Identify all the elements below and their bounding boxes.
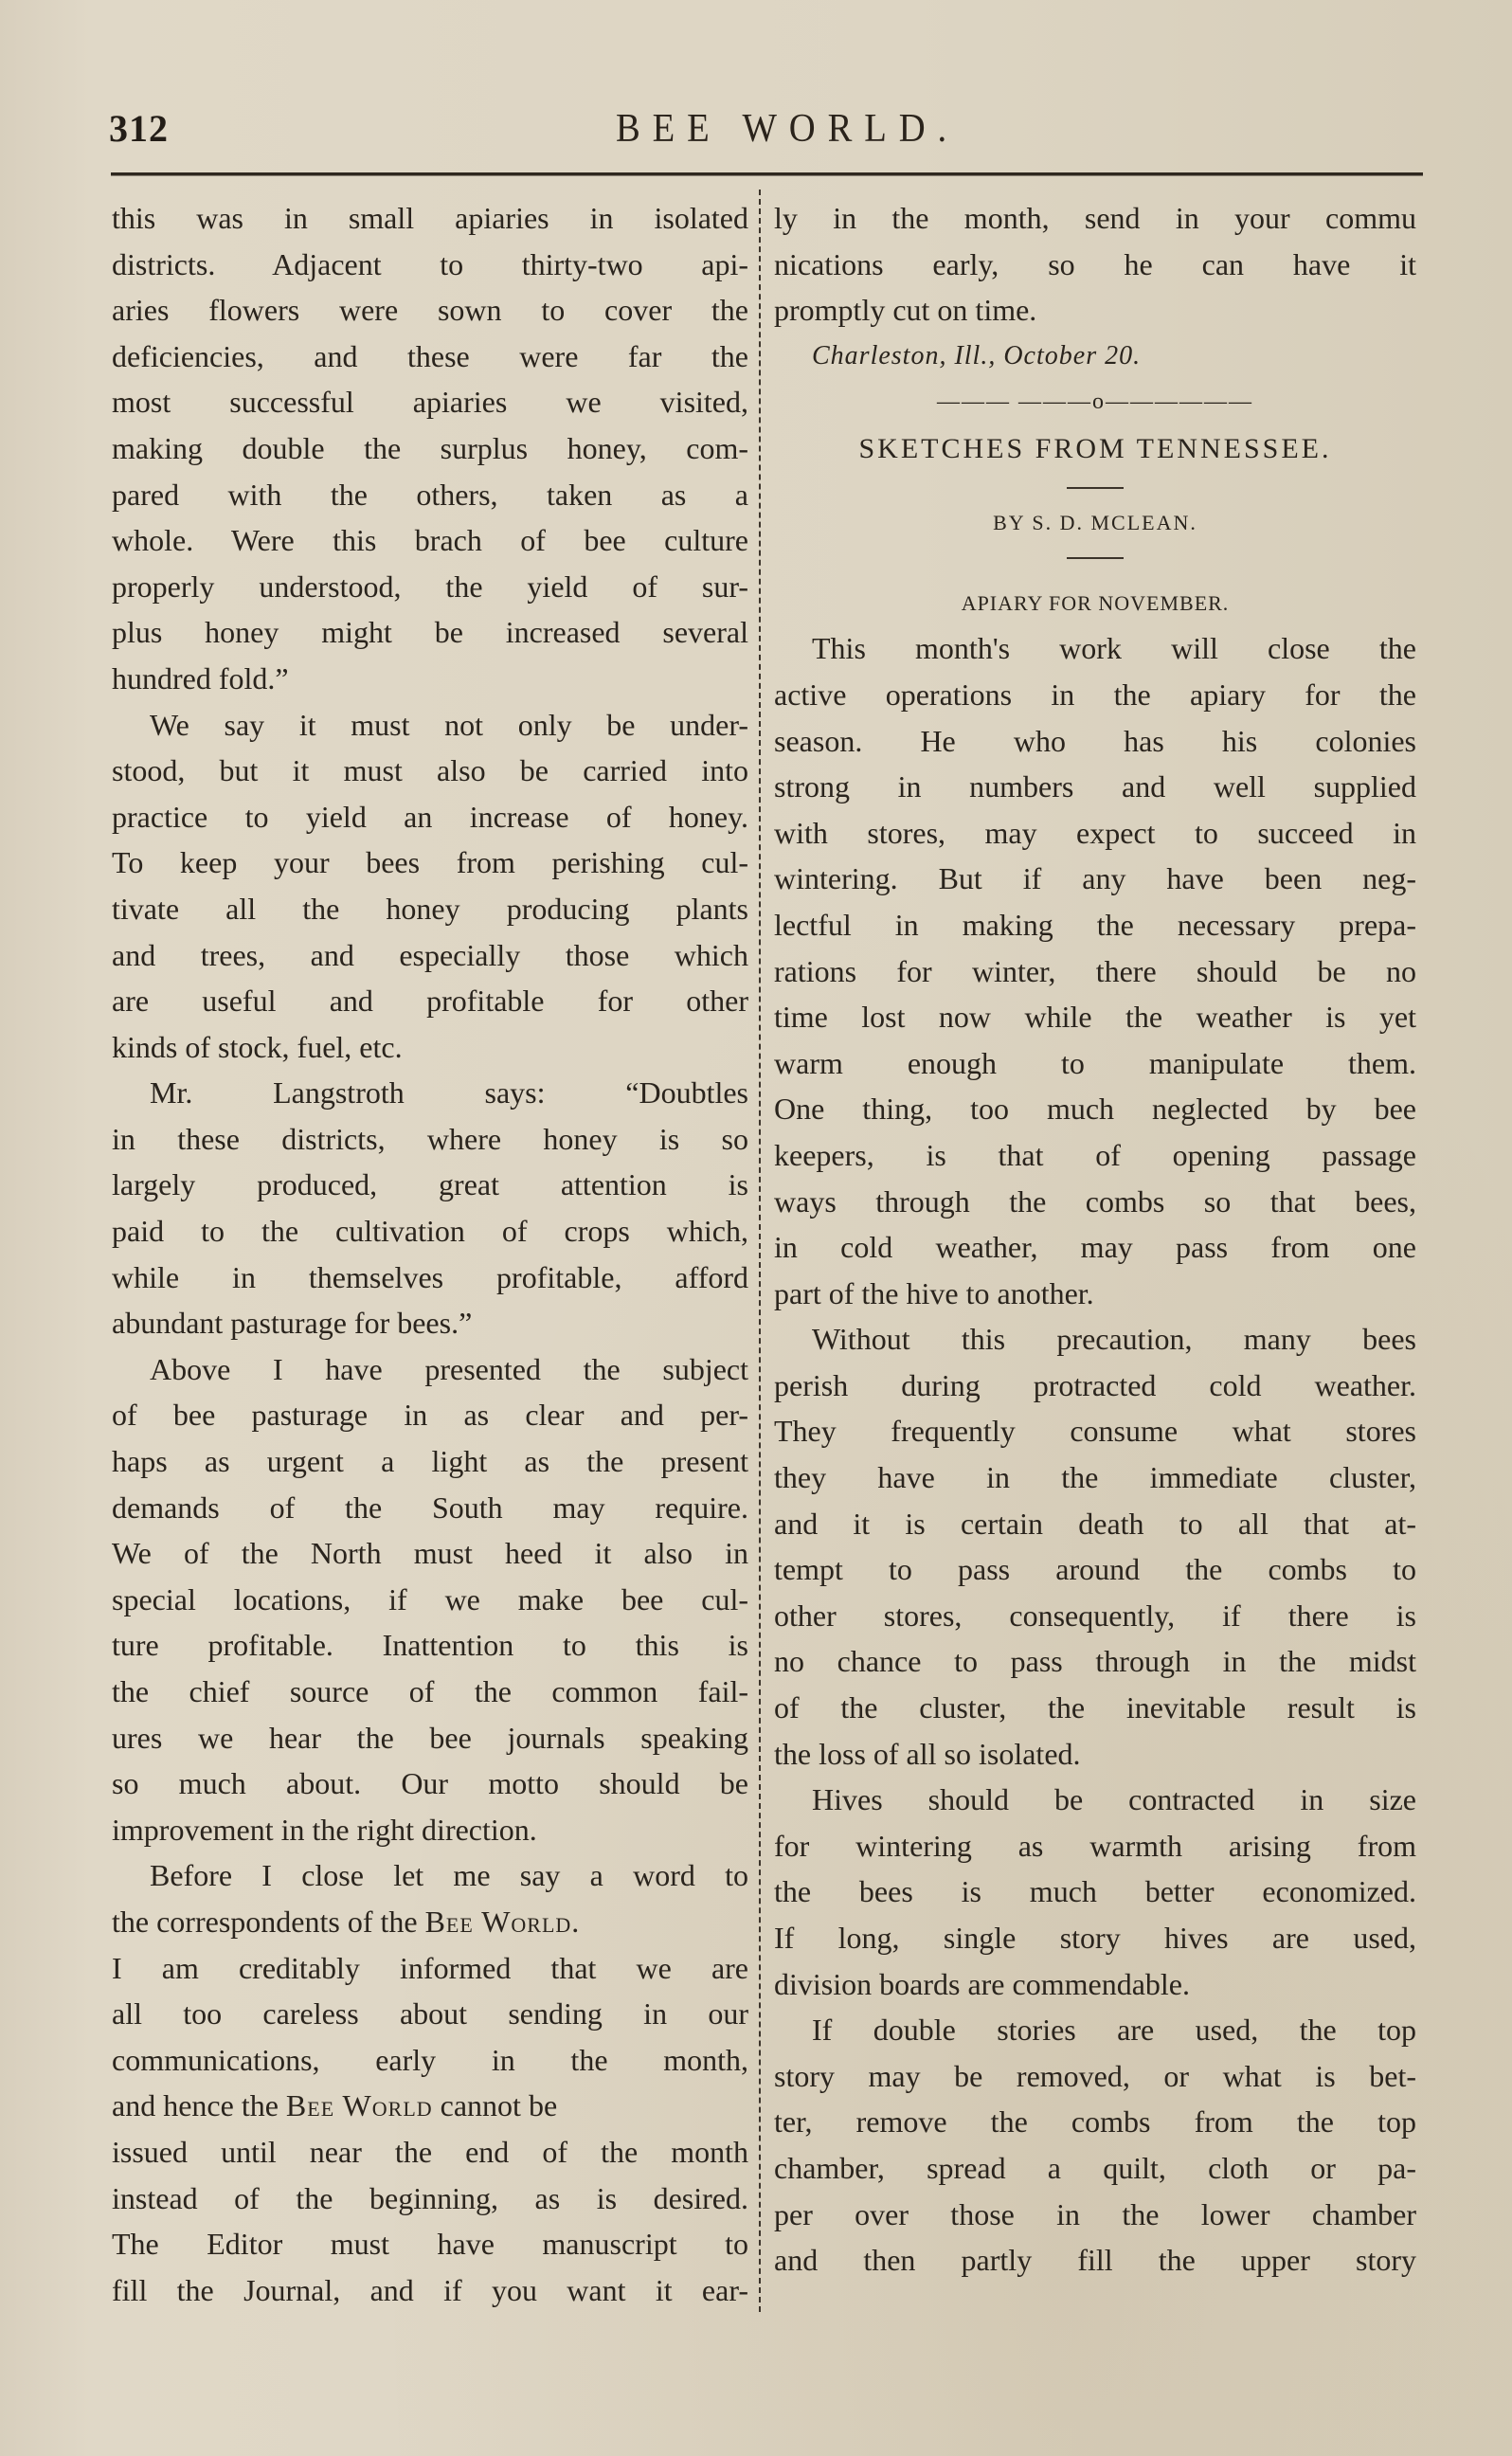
text-line: part of the hive to another. [774,1271,1416,1317]
text-line: pared with the others, taken as a [112,472,748,518]
text-line: plus honey might be increased several [112,609,748,656]
text-line: active operations in the apiary for the [774,672,1416,718]
left-column: this was in small apiaries in isolated d… [112,195,748,2313]
paragraph-start-line: Hives should be contracted in size [774,1777,1416,1823]
text-line: with stores, may expect to succeed in [774,810,1416,857]
text-line: whole. Were this brach of bee culture [112,517,748,564]
paragraph-start-line: Before I close let me say a word to [112,1852,748,1899]
title-rule [1067,487,1124,489]
text-line: To keep your bees from perishing cul- [112,840,748,886]
text-line: districts. Adjacent to thirty-two api- [112,242,748,288]
text-line: making double the surplus honey, com- [112,425,748,472]
text-line: tivate all the honey producing plants [112,886,748,932]
text-line: time lost now while the weather is yet [774,994,1416,1040]
text-line: I am creditably informed that we are [112,1945,748,1992]
text-line: wintering. But if any have been neg- [774,856,1416,902]
text-line: story may be removed, or what is bet- [774,2053,1416,2100]
text-line: fill the Journal, and if you want it ear… [112,2267,748,2314]
text-line: and hence the Bee World cannot be [112,2083,748,2129]
paragraph-start-line: If double stories are used, the top [774,2007,1416,2053]
text-line: no chance to pass through in the midst [774,1638,1416,1685]
text-line: per over those in the lower chamber [774,2192,1416,2238]
text-line: of the cluster, the inevitable result is [774,1685,1416,1731]
journal-name: Bee World [286,2088,433,2122]
paragraph-start-line: Without this precaution, many bees [774,1316,1416,1363]
text-line: in cold weather, may pass from one [774,1224,1416,1271]
dateline: Charleston, Ill., October 20. [774,334,1416,380]
text-line: lectful in making the necessary prepa- [774,902,1416,948]
text-line: are useful and profitable for other [112,978,748,1024]
text-line: abundant pasturage for bees.” [112,1300,748,1346]
text-line: rations for winter, there should be no [774,948,1416,995]
article-title: SKETCHES FROM TENNESSEE. [774,424,1416,474]
text-line: promptly cut on time. [774,287,1416,334]
text-line: of bee pasturage in as clear and per- [112,1392,748,1438]
text-line: improvement in the right direction. [112,1807,748,1853]
text-line: nications early, so he can have it [774,242,1416,288]
text-line: ways through the combs so that bees, [774,1179,1416,1225]
text-line: stood, but it must also be carried into [112,748,748,794]
text-line: ures we hear the bee journals speaking [112,1715,748,1761]
text-line: tempt to pass around the combs to [774,1546,1416,1593]
scanned-page: 312 BEE WORLD. this was in small apiarie… [0,0,1512,2456]
text-line: instead of the beginning, as is desired. [112,2176,748,2222]
header-rule [111,172,1423,176]
text-fragment: the correspondents of the [112,1905,425,1939]
text-line: for wintering as warmth arising from [774,1823,1416,1869]
text-line: all too careless about sending in our [112,1991,748,2037]
text-line: communications, early in the month, [112,2037,748,2084]
text-line: kinds of stock, fuel, etc. [112,1024,748,1071]
text-line: perish during protracted cold weather. [774,1363,1416,1409]
text-line: haps as urgent a light as the present [112,1438,748,1485]
text-line: so much about. Our motto should be [112,1761,748,1807]
text-line: ly in the month, send in your commu [774,195,1416,242]
right-column: ly in the month, send in your commu nica… [774,195,1416,2284]
text-line: and then partly fill the upper story [774,2237,1416,2284]
paragraph-start-line: We say it must not only be under- [112,702,748,749]
text-line: They frequently consume what stores [774,1408,1416,1454]
byline-rule [1067,557,1124,559]
author-byline: BY S. D. MCLEAN. [774,502,1416,544]
text-line: most successful apiaries we visited, [112,379,748,425]
text-fragment: cannot be [433,2088,558,2122]
text-line: One thing, too much neglected by bee [774,1086,1416,1132]
text-line: the correspondents of the Bee World. [112,1899,748,1945]
text-line: the loss of all so isolated. [774,1731,1416,1778]
text-line: paid to the cultivation of crops which, [112,1208,748,1255]
text-line: strong in numbers and well supplied [774,764,1416,810]
text-line: hundred fold.” [112,656,748,702]
text-line: while in themselves profitable, afford [112,1255,748,1301]
text-line: largely produced, great attention is [112,1162,748,1208]
page-number: 312 [109,106,169,151]
text-line: The Editor must have manuscript to [112,2221,748,2267]
text-line: demands of the South may require. [112,1485,748,1531]
text-line: and trees, and especially those which [112,932,748,979]
text-line: aries flowers were sown to cover the [112,287,748,334]
column-divider [759,190,761,2312]
paragraph-start-line: This month's work will close the [774,625,1416,672]
text-line: the bees is much better economized. [774,1869,1416,1915]
text-line: special locations, if we make bee cul- [112,1577,748,1623]
section-title: APIARY FOR NOVEMBER. [774,572,1416,625]
text-line: deficiencies, and these were far the [112,334,748,380]
text-line: We of the North must heed it also in [112,1530,748,1577]
text-line: ture profitable. Inattention to this is [112,1622,748,1669]
section-separator-ornament: ——— ———o—————— [774,379,1416,424]
text-line: in these districts, where honey is so [112,1116,748,1163]
text-line: division boards are commendable. [774,1961,1416,2008]
text-line: issued until near the end of the month [112,2129,748,2176]
text-line: they have in the immediate cluster, [774,1454,1416,1501]
paragraph-start-line: Mr. Langstroth says: “Doubtles [112,1070,748,1116]
text-line: ter, remove the combs from the top [774,2099,1416,2145]
text-line: season. He who has his colonies [774,718,1416,765]
text-fragment: and hence the [112,2088,286,2122]
text-line: other stores, consequently, if there is [774,1593,1416,1639]
text-line: chamber, spread a quilt, cloth or pa- [774,2145,1416,2192]
paragraph-start-line: Above I have presented the subject [112,1346,748,1393]
text-line: the chief source of the common fail- [112,1669,748,1715]
text-line: practice to yield an increase of honey. [112,794,748,840]
text-line: If long, single story hives are used, [774,1915,1416,1961]
text-line: properly understood, the yield of sur- [112,564,748,610]
journal-name: Bee World. [425,1905,581,1939]
text-line: and it is certain death to all that at- [774,1501,1416,1547]
text-line: warm enough to manipulate them. [774,1040,1416,1087]
running-title: BEE WORLD. [616,106,959,152]
text-line: this was in small apiaries in isolated [112,195,748,242]
text-line: keepers, is that of opening passage [774,1132,1416,1179]
